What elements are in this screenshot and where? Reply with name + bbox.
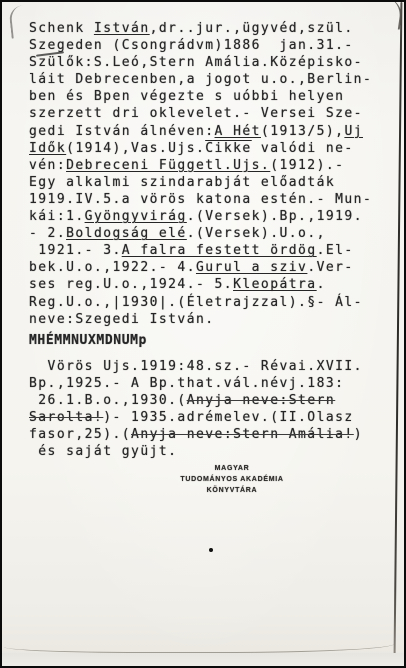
stamp-line-3: KÖNYVTÁRA [152,485,312,496]
text-segment: 26.1.B.o.,1930.( [29,393,187,408]
text-segment: valódi ne- [252,141,354,156]
text-line: ben és Bpen végezte s uóbbi helyen [29,88,390,105]
text-segment: Szülők:S.Leó,Stern Amália.Középisko- [29,55,363,70]
text-segment: A falra festett ördög [122,243,317,258]
text-segment: kái:1. [29,209,85,224]
sources-paragraph: Vörös Ujs.1919:48.sz.- Révai.XVII.Bp.,19… [29,358,390,461]
text-segment: Idők [29,141,66,156]
text-segment: vén: [29,158,66,173]
text-segment: Egy alkalmi szindarabját előadták [29,175,335,190]
text-segment: 1919.IV.5.a vörös katona estén.- Mun- [29,192,372,207]
text-segment: ben és Bpen végezte s uóbbi helyen [29,89,344,104]
text-segment: MHÉMMNUXMDNUMp [29,333,147,348]
text-segment: Anyja neve:Stern Amália! [131,427,354,442]
text-segment: fasor,25).( [29,427,131,442]
text-segment: 1921.- 3. [29,243,122,258]
text-segment: .(Versek).U.o., [187,226,326,241]
text-line: szerzett dri oklevelet.- Versei Sze- [29,105,390,122]
text-line: bek.U.o.,1922.- 4.Gurul a sziv.Ver- [29,259,390,276]
text-line: vén:Debreceni Függetl.Ujs.(1912).- [29,157,390,174]
card-text: Schenk István,dr..jur.,ügyvéd,szül.Szege… [29,20,390,460]
text-segment: neve:Szegedi István. [29,312,215,327]
text-segment: Kleopátra [233,277,317,292]
text-segment: ) [354,427,363,442]
text-segment: (1913/5), [261,124,345,139]
text-segment: Reg.U.o.,|1930|.(Életrajzzal).§- Ál- [29,295,363,310]
text-segment: ,dr..jur.,ügyvéd,szül. [150,21,354,36]
text-line: ses reg.U.o.,1924.- 5.Kleopátra. [29,276,390,293]
text-segment: .El- [317,243,354,258]
text-segment: Uj [344,124,363,139]
text-segment: (1914),Vas.Ujs. [66,141,205,156]
text-line: Idők(1914),Vas.Ujs.Cikke valódi ne- [29,140,390,157]
text-segment: István [94,21,150,36]
text-line: kái:1.Gyöngyvirág.(Versek).Bp.,1919. [29,208,390,225]
biography-paragraph: Schenk István,dr..jur.,ügyvéd,szül.Szege… [29,20,390,328]
card-bottom-edge [4,636,394,653]
text-segment: A Hét [215,124,261,139]
text-line: Sarolta!)- 1935.adrémelev.(II.Olasz [29,409,390,426]
text-segment: - 2. [29,226,66,241]
text-line: Reg.U.o.,|1930|.(Életrajzzal).§- Ál- [29,294,390,311]
text-line: Vörös Ujs.1919:48.sz.- Révai.XVII. [29,358,390,375]
stamp-line-1: MAGYAR [152,463,312,474]
text-segment: (1912).- [270,158,344,173]
text-segment: gedi István álnéven: [29,124,215,139]
crossed-out-line: MHÉMMNUXMDNUMp [29,332,390,349]
text-segment: szerzett dri oklevelet.- Versei Sze- [29,106,363,121]
text-segment: Szegeden (Csongrádvm)1886 jan.31.- [29,38,354,53]
text-segment: . [317,277,326,292]
text-segment: Anyja neve:Stern [187,393,335,408]
text-line: 1919.IV.5.a vörös katona estén.- Mun- [29,191,390,208]
text-segment: láit Debrecenben,a jogot u.o.,Berlin- [29,72,372,87]
text-segment: bek.U.o.,1922.- 4. [29,260,196,275]
text-segment: Vörös Ujs.1919:48.sz.- Révai.XVII. [29,359,363,374]
text-line: gedi István álnéven:A Hét(1913/5),Uj [29,123,390,140]
text-segment: Debreceni Függetl.Ujs. [66,158,270,173]
text-segment: Cikke [205,141,251,156]
text-line: Szegeden (Csongrádvm)1886 jan.31.- [29,37,390,54]
text-line: Szülők:S.Leó,Stern Amália.Középisko- [29,54,390,71]
library-stamp: MAGYAR TUDOMÁNYOS AKADÉMIA KÖNYVTÁRA [152,463,312,496]
background-below-card [2,653,404,666]
text-segment: Boldogság elé [66,226,187,241]
text-segment: Bp.,1925.- A Bp.that.vál.névj.183: [29,376,344,391]
text-line: és saját gyüjt. [29,443,390,460]
text-line: láit Debrecenben,a jogot u.o.,Berlin- [29,71,390,88]
text-segment: Gyöngyvirág [85,209,187,224]
ink-dot [209,548,213,552]
text-line: 1921.- 3.A falra festett ördög.El- [29,242,390,259]
text-segment: Sarolta! [29,410,103,425]
text-segment: Schenk [29,21,94,36]
text-segment: ses reg.U.o.,1924.- 5. [29,277,233,292]
text-line: fasor,25).(Anyja neve:Stern Amália!) [29,426,390,443]
catalog-card-scan: Schenk István,dr..jur.,ügyvéd,szül.Szege… [0,0,406,668]
text-line: MHÉMMNUXMDNUMp [29,332,390,349]
text-line: neve:Szegedi István. [29,311,390,328]
text-segment: .Ver- [307,260,353,275]
text-segment: és saját gyüjt. [29,444,177,459]
text-line: 26.1.B.o.,1930.(Anyja neve:Stern [29,392,390,409]
text-segment: Gurul a sziv [196,260,307,275]
text-line: - 2.Boldogság elé.(Versek).U.o., [29,225,390,242]
text-line: Egy alkalmi szindarabját előadták [29,174,390,191]
text-segment: .(Versek).Bp.,1919. [187,209,363,224]
text-line: Bp.,1925.- A Bp.that.vál.névj.183: [29,375,390,392]
text-line: Schenk István,dr..jur.,ügyvéd,szül. [29,20,390,37]
text-segment: )- 1935.adrémelev.(II.Olasz [103,410,353,425]
stamp-line-2: TUDOMÁNYOS AKADÉMIA [152,474,312,485]
